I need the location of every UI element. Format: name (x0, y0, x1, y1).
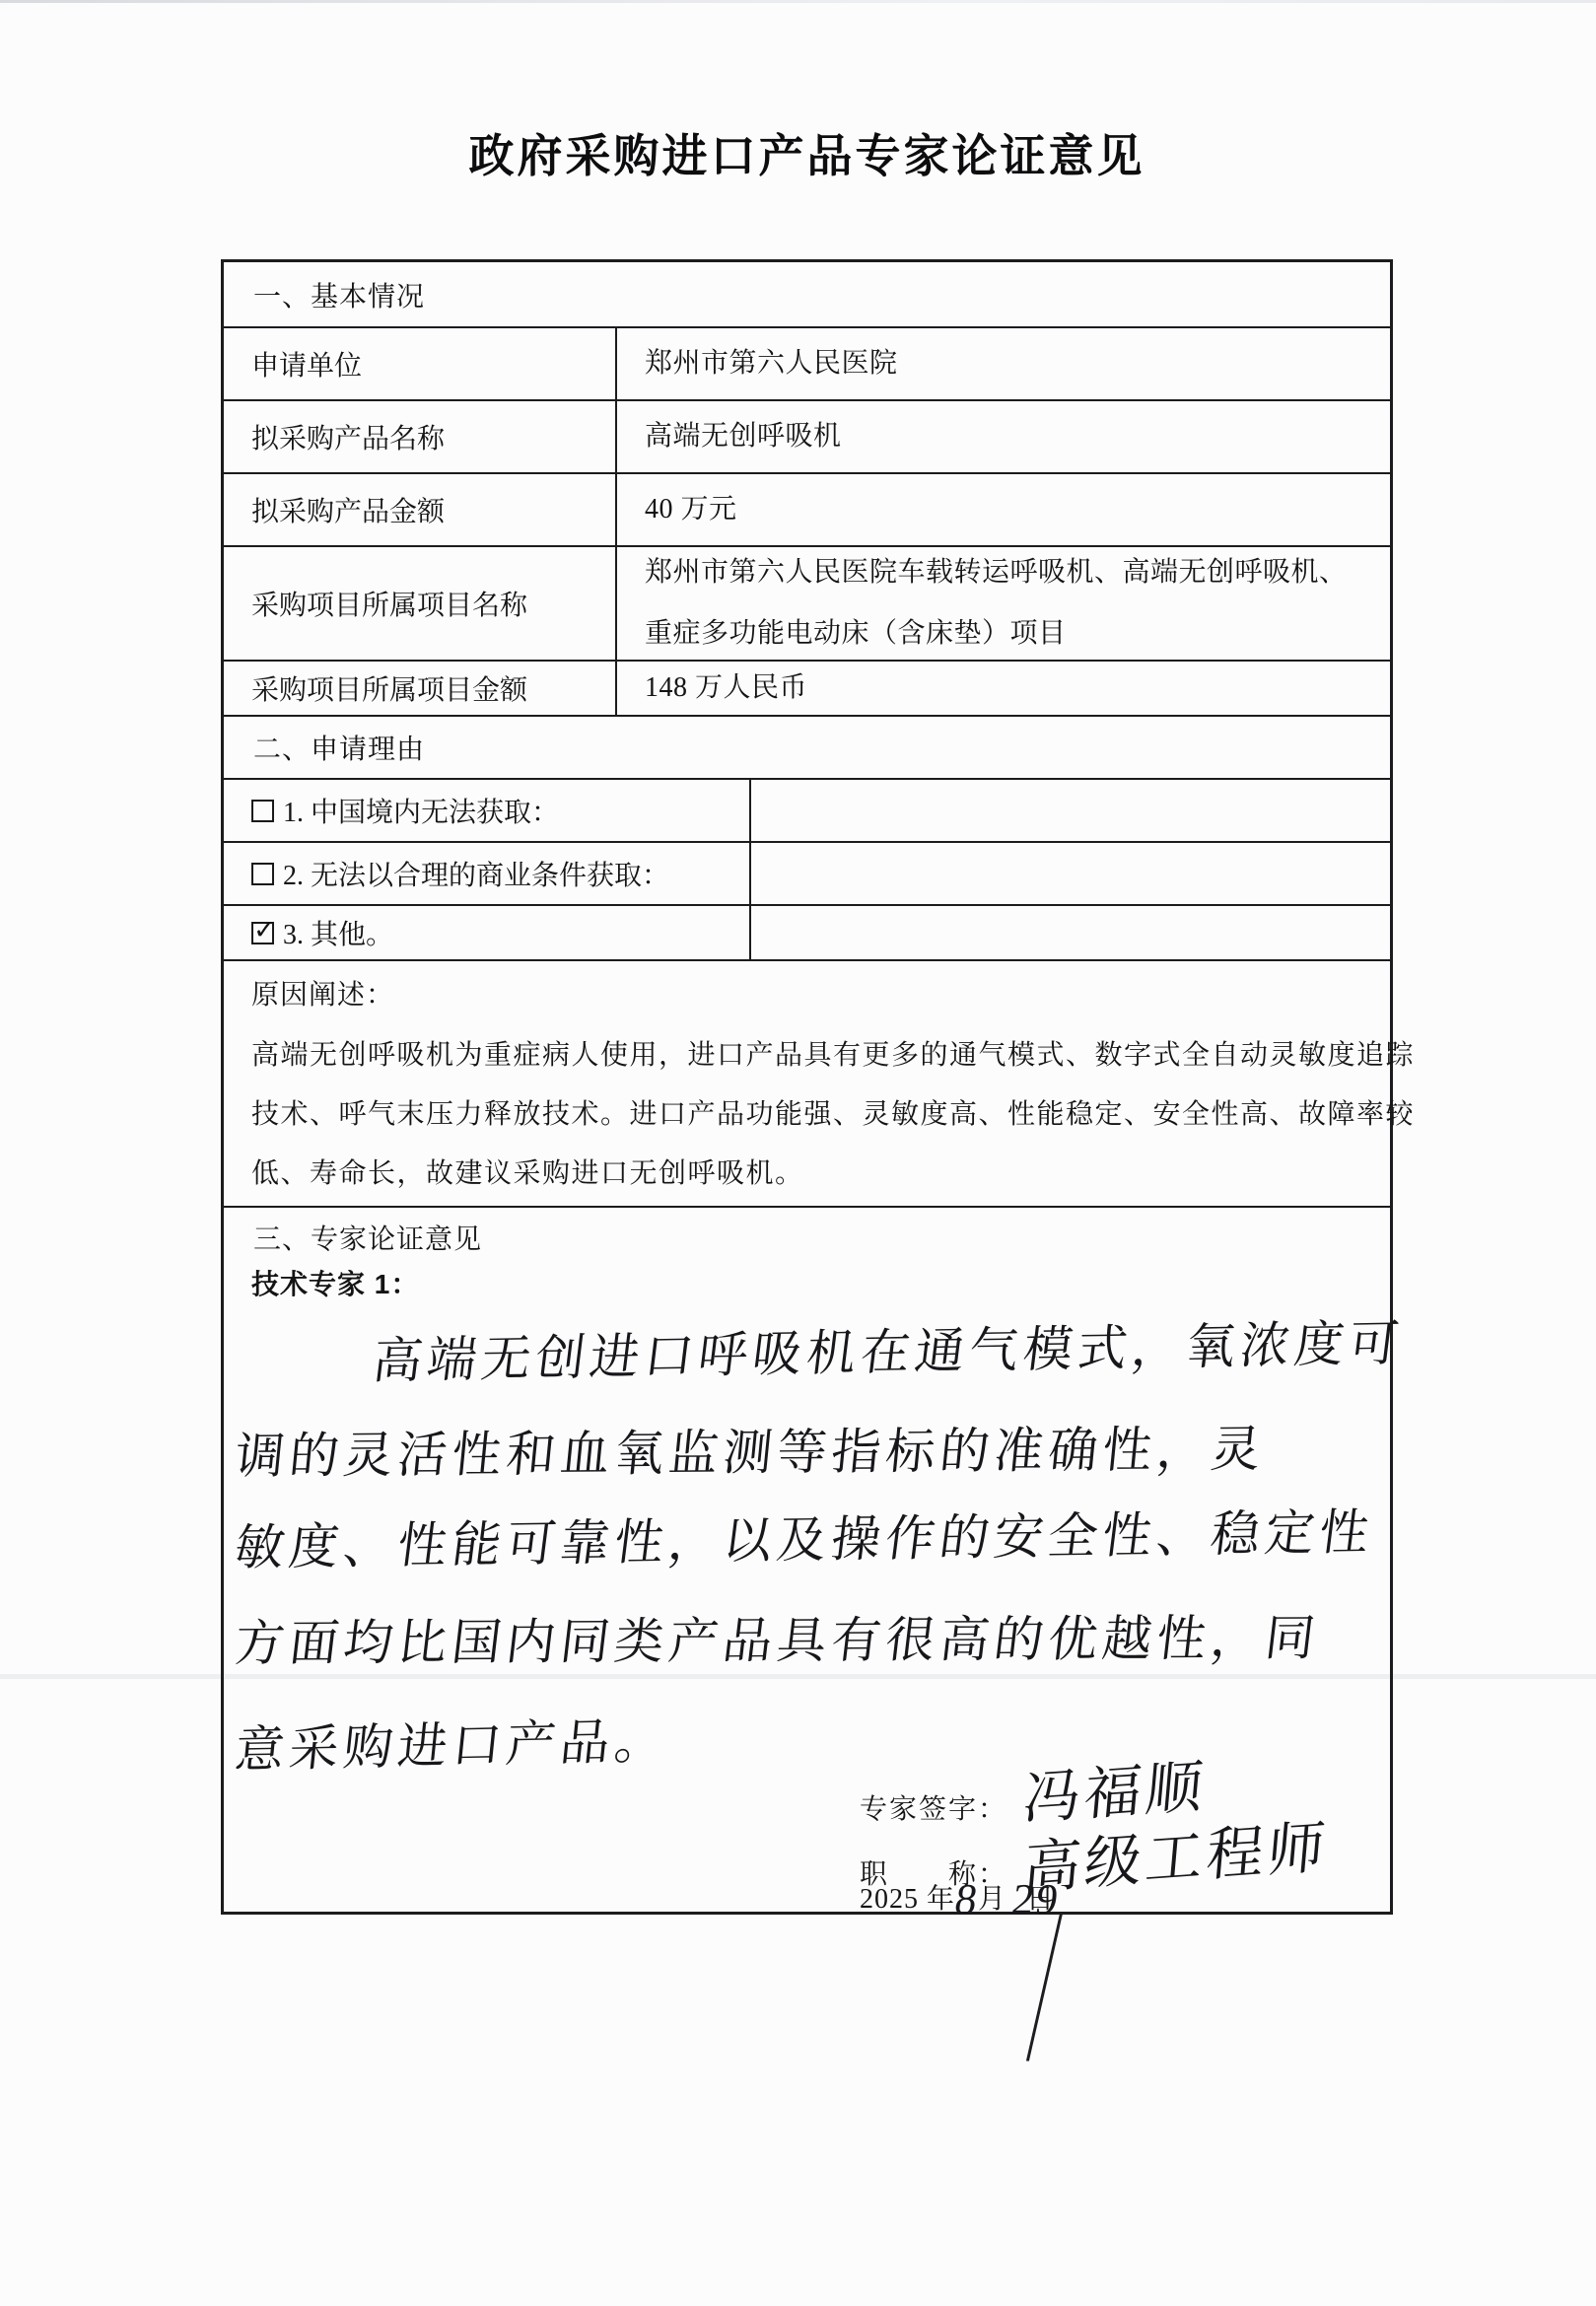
reason-option-label: 3. 其他。 (283, 913, 393, 952)
form-table: 一、基本情况 申请单位 郑州市第六人民医院 拟采购产品名称 高端无创呼吸机 拟采… (221, 259, 1393, 1915)
reason-option: 2. 无法以合理的商业条件获取： (224, 843, 749, 904)
reason-statement-row: 原因阐述： 高端无创呼吸机为重症病人使用，进口产品具有更多的通气模式、数字式全自… (224, 961, 1390, 1208)
document-title: 政府采购进口产品专家论证意见 (221, 120, 1393, 185)
table-row-project-name: 采购项目所属项目名称 郑州市第六人民医院车载转运呼吸机、高端无创呼吸机、重症多功… (224, 547, 1390, 662)
date-line: 2025 年8月29日 (860, 1874, 1055, 1924)
empty-cell (749, 780, 1390, 841)
checkbox-checked-icon: ✓ (251, 922, 274, 944)
field-label: 拟采购产品名称 (224, 401, 615, 472)
statement-line: 技术、呼气末压力释放技术。进口产品功能强、灵敏度高、性能稳定、安全性高、故障率较 (251, 1085, 1366, 1145)
section2-header-row: 二、申请理由 (224, 717, 1390, 780)
section3-header: 三、专家论证意见 (253, 1218, 482, 1257)
expert-label: 技术专家 1： (251, 1263, 419, 1302)
field-value: 郑州市第六人民医院车载转运呼吸机、高端无创呼吸机、重症多功能电动床（含床垫）项目 (615, 547, 1390, 660)
statement-label: 原因阐述： (251, 973, 394, 1013)
field-label: 采购项目所属项目名称 (224, 547, 615, 660)
reason-option-row-1: 1. 中国境内无法获取： (224, 780, 1390, 843)
reason-option: 1. 中国境内无法获取： (224, 780, 749, 841)
checkbox-icon (251, 800, 274, 822)
field-label: 采购项目所属项目金额 (224, 662, 615, 715)
expert-opinion-section: 三、专家论证意见 技术专家 1： 高端无创进口呼吸机在通气模式，氧浓度可 调的灵… (224, 1208, 1390, 1912)
empty-cell (749, 843, 1390, 904)
field-label: 拟采购产品金额 (224, 474, 615, 545)
handwritten-opinion-line: 调的灵活性和血氧监测等指标的准确性，灵 (232, 1409, 1383, 1488)
field-value: 148 万人民币 (615, 662, 1390, 715)
handwritten-opinion-line: 方面均比国内同类产品具有很高的优越性，同 (232, 1598, 1384, 1675)
pen-stroke-tail (1026, 1914, 1063, 2061)
table-row-applicant: 申请单位 郑州市第六人民医院 (224, 328, 1390, 401)
scanned-document-page: 政府采购进口产品专家论证意见 一、基本情况 申请单位 郑州市第六人民医院 拟采购… (0, 0, 1596, 2306)
table-row-product-name: 拟采购产品名称 高端无创呼吸机 (224, 401, 1390, 474)
field-value: 郑州市第六人民医院 (615, 328, 1390, 399)
section1-header: 一、基本情况 (253, 275, 425, 314)
reason-option-row-3: ✓ 3. 其他。 (224, 906, 1390, 961)
statement-line: 低、寿命长，故建议采购进口无创呼吸机。 (251, 1145, 1366, 1204)
reason-option-label: 1. 中国境内无法获取： (283, 791, 559, 830)
handwritten-opinion-line: 意采购进口产品。 (232, 1687, 1383, 1782)
reason-option-label: 2. 无法以合理的商业条件获取： (283, 854, 669, 893)
date-month-printed: 月 (978, 1884, 1006, 1915)
field-label: 申请单位 (224, 328, 615, 399)
empty-cell (749, 906, 1390, 959)
checkbox-icon (251, 863, 274, 885)
table-row-product-amount: 拟采购产品金额 40 万元 (224, 474, 1390, 547)
field-value: 40 万元 (615, 474, 1390, 545)
handwritten-opinion-line: 敏度、性能可靠性，以及操作的安全性、稳定性 (231, 1493, 1384, 1579)
date-year-printed: 2025 年 (860, 1884, 955, 1915)
handwritten-opinion-line: 高端无创进口呼吸机在通气模式，氧浓度可 (232, 1304, 1385, 1395)
table-row-project-amount: 采购项目所属项目金额 148 万人民币 (224, 662, 1390, 717)
statement-paragraph: 高端无创呼吸机为重症病人使用，进口产品具有更多的通气模式、数字式全自动灵敏度追踪… (251, 1026, 1366, 1204)
date-day-handwritten: 29 (1008, 1874, 1063, 1924)
reason-option: ✓ 3. 其他。 (224, 906, 749, 959)
statement-line: 高端无创呼吸机为重症病人使用，进口产品具有更多的通气模式、数字式全自动灵敏度追踪 (251, 1026, 1366, 1085)
section2-header: 二、申请理由 (253, 728, 425, 767)
scan-edge-artifact (0, 0, 1596, 3)
field-value: 高端无创呼吸机 (615, 401, 1390, 472)
reason-option-row-2: 2. 无法以合理的商业条件获取： (224, 843, 1390, 906)
section1-header-row: 一、基本情况 (224, 262, 1390, 328)
date-month-handwritten: 8 (951, 1874, 981, 1924)
checkbox-mark: ✓ (253, 915, 276, 945)
